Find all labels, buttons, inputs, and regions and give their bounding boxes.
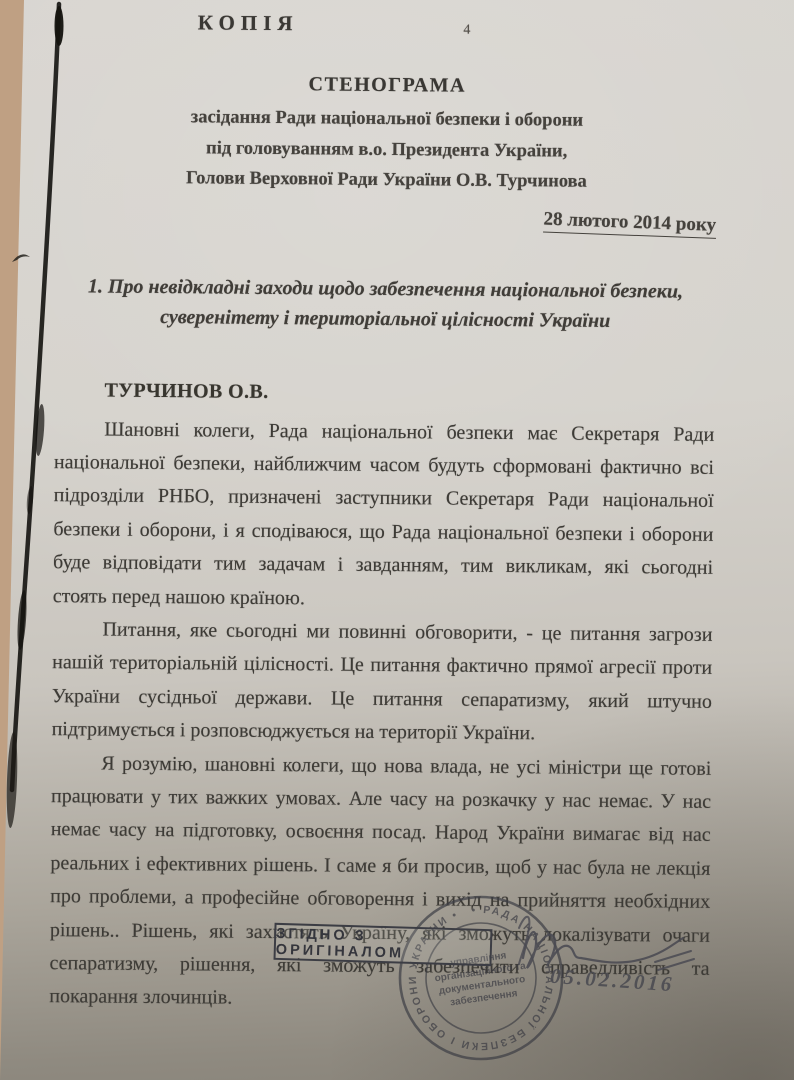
document-date: 28 лютого 2014 року: [543, 208, 716, 238]
date-row: 28 лютого 2014 року: [56, 209, 716, 239]
text-line: Я розумію, шановні колеги, що нова влада…: [51, 747, 711, 786]
paragraph: Питання, яке сьогодні ми повинні обговор…: [51, 613, 712, 752]
text-line: нашій територіальній цілісності. Це пита…: [52, 646, 712, 685]
text-line: немає часу на підготовку, освоєння посад…: [51, 813, 711, 852]
certified-true-copy-stamp: ЗГІДНО З ОРИГІНАЛОМ: [273, 923, 492, 966]
certification-block: • РАДА НАЦІОНАЛЬНОЇ БЕЗПЕКИ І ОБОРОНИ УК…: [250, 880, 740, 1080]
document-subtitle: засідання Ради національної безпеки і об…: [56, 101, 717, 198]
text-line: буде відповідати тим задачам і завданням…: [53, 546, 713, 585]
text-line: Голови Верховної Ради України О.В. Турчи…: [56, 162, 716, 198]
page-number: 4: [463, 23, 470, 39]
photographed-document-page: { "document": { "copy_label": "КОПІЯ", "…: [0, 0, 794, 1080]
text-line: підтримується і розповсюджується на тери…: [51, 713, 711, 752]
agenda-item: 1. Про невідкладні заходи щодо забезпече…: [55, 271, 715, 337]
text-line: Шановні колеги, Рада національної безпек…: [54, 413, 714, 452]
speaker-name: ТУРЧИНОВ О.В.: [54, 379, 714, 408]
text-line: підрозділи РНБО, призначені заступники С…: [54, 479, 714, 518]
document-content: КОПІЯ 4 СТЕНОГРАМА засідання Ради націон…: [49, 0, 718, 1020]
paragraph: Шановні колеги, Рада національної безпек…: [53, 413, 715, 619]
copy-header-row: КОПІЯ 4: [58, 9, 718, 41]
text-line: суверенітету і територіальної цілісності…: [55, 301, 715, 337]
copy-stamp-label: КОПІЯ: [198, 10, 299, 36]
stamp-text: ЗГІДНО З ОРИГІНАЛОМ: [276, 925, 491, 963]
text-line: стоять перед нашою країною.: [53, 580, 713, 619]
document-title: СТЕНОГРАМА: [57, 71, 717, 100]
text-line: 1. Про невідкладні заходи щодо забезпече…: [55, 271, 715, 307]
